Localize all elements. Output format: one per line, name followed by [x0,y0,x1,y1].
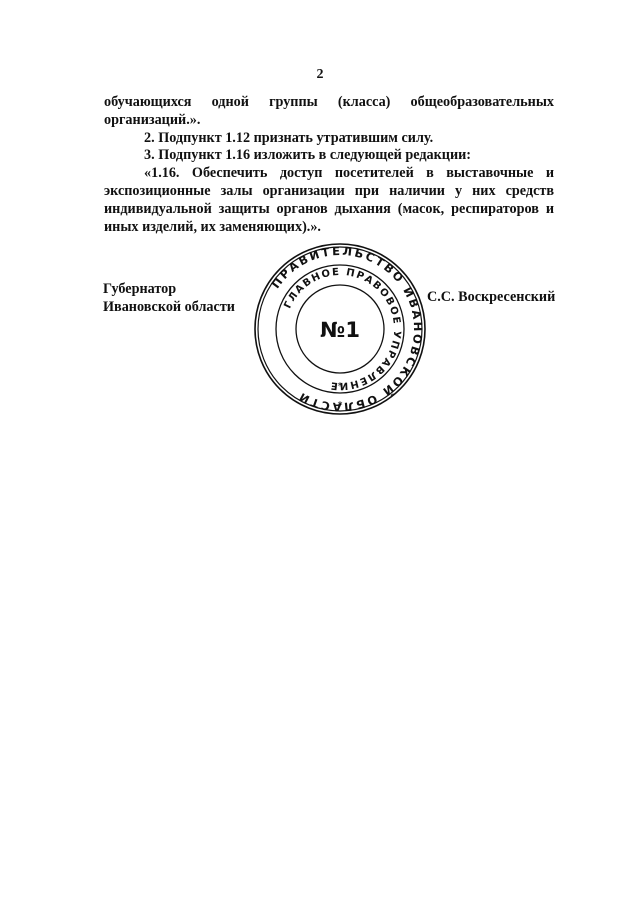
document-body: обучающихся одной группы (класса) общеоб… [104,94,554,236]
signatory-title: Губернатор [103,280,235,298]
paragraph-item-2: 2. Подпункт 1.12 признать утратившим сил… [104,130,554,148]
signatory-region: Ивановской области [103,298,235,316]
document-page: 2 обучающихся одной группы (класса) обще… [0,0,640,905]
seal-star-outer: * [338,400,343,411]
official-seal: ПРАВИТЕЛЬСТВО ИВАНОВСКОЙ ОБЛАСТИ ГЛАВНОЕ… [252,241,428,417]
paragraph-item-3: 3. Подпункт 1.16 изложить в следующей ре… [104,147,554,165]
seal-number: №1 [320,318,360,342]
signatory-name: С.С. Воскресенский [427,289,555,306]
page-number: 2 [0,67,640,83]
paragraph-continuation: обучающихся одной группы (класса) общеоб… [104,94,554,130]
paragraph-quote-1-16: «1.16. Обеспечить доступ посетителей в в… [104,165,554,236]
signatory-position: Губернатор Ивановской области [103,280,235,316]
seal-star-inner: * [338,381,343,392]
